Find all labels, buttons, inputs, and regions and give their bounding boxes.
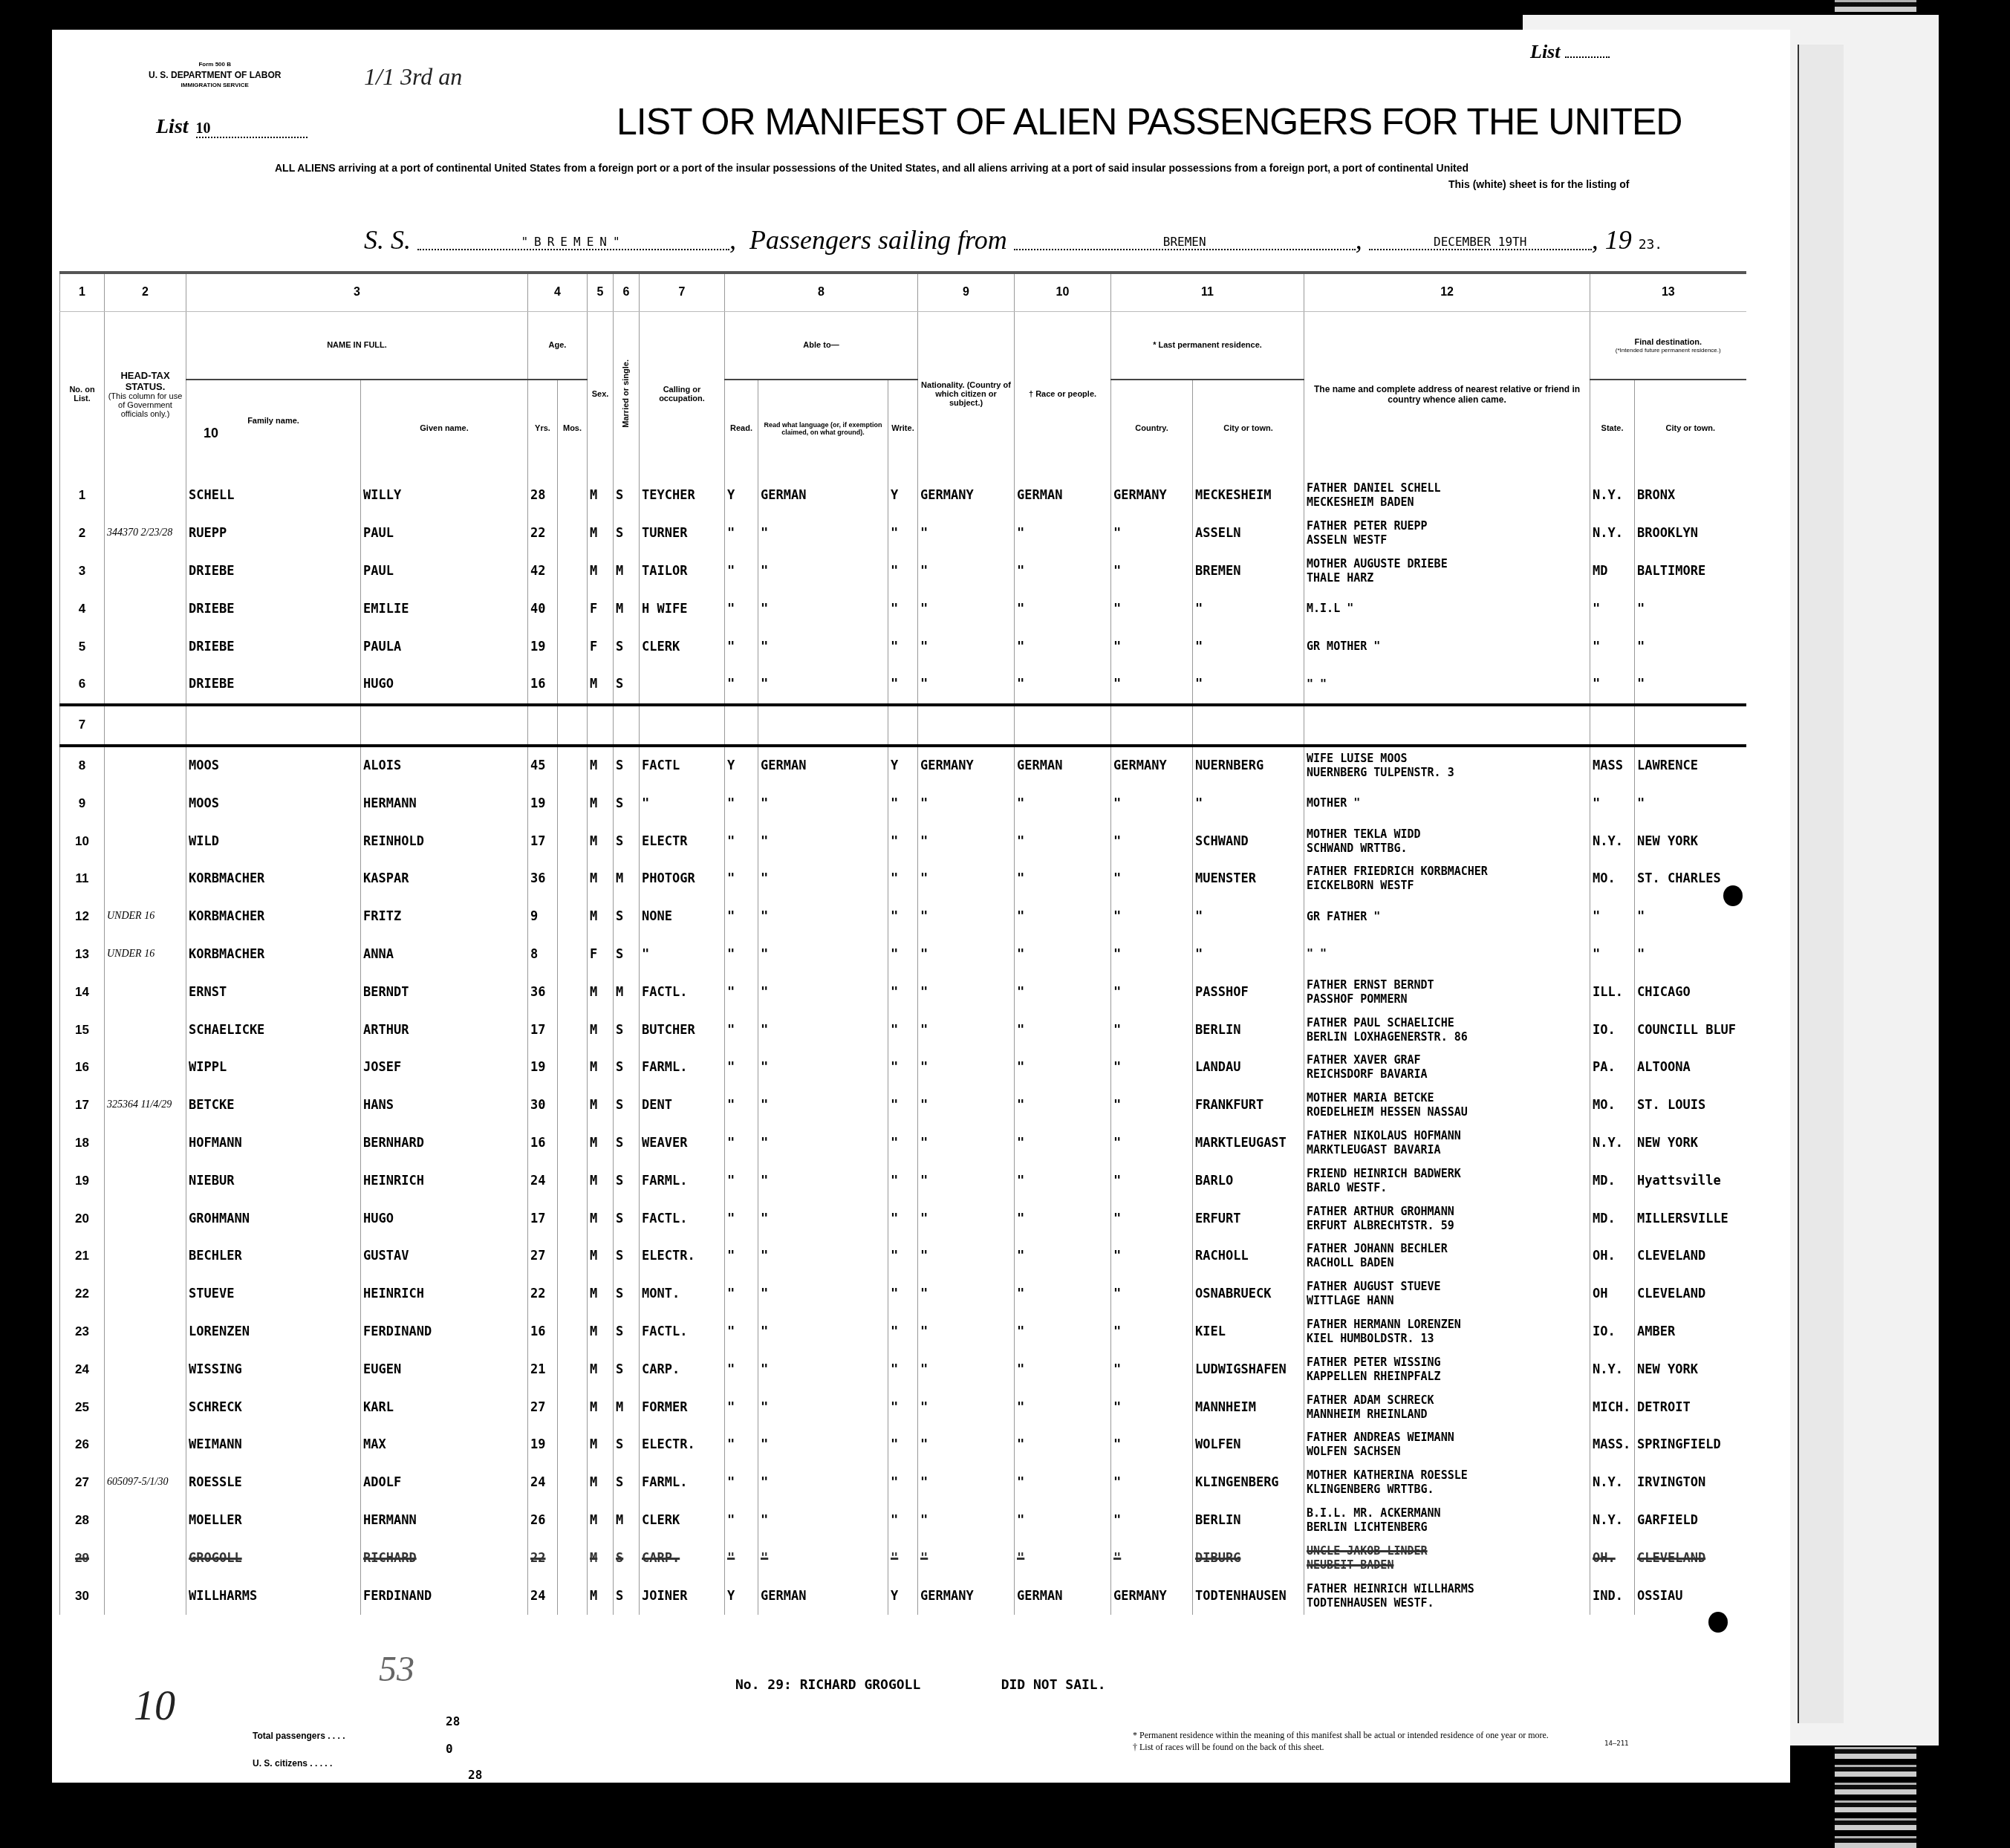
cell-nat: " — [918, 1313, 1015, 1351]
cell-ms: M — [614, 553, 640, 590]
cell-no: 18 — [60, 1125, 105, 1162]
intro-text-2: This (white) sheet is for the listing of — [1448, 178, 1629, 190]
cell-tax — [105, 1388, 186, 1426]
cell-no: 1 — [60, 477, 105, 515]
cell-dest: OSSIAU — [1635, 1577, 1746, 1615]
cell-ms: S — [614, 1313, 640, 1351]
cell-occ: FACTL. — [640, 1313, 725, 1351]
col-num: 11 — [1111, 273, 1304, 312]
cell-state: N.Y. — [1590, 477, 1635, 515]
cell-given: ADOLF — [361, 1464, 528, 1502]
cell-country: " — [1111, 822, 1193, 860]
cell-read: " — [725, 1426, 758, 1464]
cell-relative: FATHER ARTHUR GROHMANN ERFURT ALBRECHTST… — [1304, 1200, 1590, 1237]
cell-nat: " — [918, 1200, 1015, 1237]
cell-lang: GERMAN — [758, 477, 888, 515]
column-group-row: No. on List. HEAD-TAX STATUS.(This colum… — [60, 312, 1746, 380]
cell-write: " — [888, 1275, 918, 1313]
header-calling: Calling or occupation. — [640, 312, 725, 478]
cell-age: 36 — [528, 973, 558, 1011]
cell-sex: M — [588, 1087, 614, 1125]
col-num: 10 — [1015, 273, 1111, 312]
table-row: 10WILDREINHOLD17MSELECTR""""""SCHWANDMOT… — [60, 822, 1746, 860]
cell-write: " — [888, 1049, 918, 1087]
final-destination-note: (*Intended future permanent residence.) — [1593, 347, 1744, 354]
cell-city: KLINGENBERG — [1193, 1464, 1304, 1502]
header-write: Write. — [888, 380, 918, 477]
header-dest-city: City or town. — [1635, 380, 1746, 477]
cell-city: MUENSTER — [1193, 860, 1304, 898]
cell-state: " — [1590, 590, 1635, 628]
cell-nat: " — [918, 973, 1015, 1011]
cell-relative: FATHER AUGUST STUEVE WITTLAGE HANN — [1304, 1275, 1590, 1313]
cell-city: MECKESHEIM — [1193, 477, 1304, 515]
table-row: 12UNDER 16KORBMACHERFRITZ9MSNONE"""""""G… — [60, 898, 1746, 936]
cell-city: ASSELN — [1193, 515, 1304, 553]
cell-state: " — [1590, 898, 1635, 936]
cell-mos — [558, 1087, 588, 1125]
cell-race: " — [1015, 590, 1111, 628]
cell-dest: ALTOONA — [1635, 1049, 1746, 1087]
cell-family: WISSING — [186, 1350, 361, 1388]
cell-family: MOOS — [186, 784, 361, 822]
cell-race: " — [1015, 1275, 1111, 1313]
cell-family: WILLHARMS — [186, 1577, 361, 1615]
cell-lang: " — [758, 822, 888, 860]
cell-age: 22 — [528, 1275, 558, 1313]
cell-ms: S — [614, 477, 640, 515]
cell-age: 42 — [528, 553, 558, 590]
cell-write: " — [888, 860, 918, 898]
did-not-sail-note: No. 29: RICHARD GROGOLL DID NOT SAIL. — [735, 1677, 1106, 1693]
cell-family: NIEBUR — [186, 1162, 361, 1200]
cell-family: ERNST — [186, 973, 361, 1011]
cell-given: HUGO — [361, 666, 528, 705]
cell-city: LUDWIGSHAFEN — [1193, 1350, 1304, 1388]
cell-nat: " — [918, 1125, 1015, 1162]
cell-nat: " — [918, 1011, 1015, 1049]
cell-state: IO. — [1590, 1011, 1635, 1049]
passenger-rows: 1SCHELLWILLY28MSTEYCHERYGERMANYGERMANYGE… — [60, 477, 1746, 1615]
cell-given: HANS — [361, 1087, 528, 1125]
ss-label: S. S. — [364, 225, 411, 255]
cell-tax: 344370 2/23/28 — [105, 515, 186, 553]
cell-tax — [105, 1237, 186, 1275]
cell-read: " — [725, 1388, 758, 1426]
cell-age: 21 — [528, 1350, 558, 1388]
cell-city: BREMEN — [1193, 553, 1304, 590]
cell-nat: " — [918, 1539, 1015, 1577]
header-able-to: Able to— — [725, 312, 918, 380]
intro-text: ALL ALIENS arriving at a port of contine… — [275, 162, 1649, 174]
header-yrs: Yrs. — [528, 380, 558, 477]
cell-family: BECHLER — [186, 1237, 361, 1275]
cell-family: DRIEBE — [186, 553, 361, 590]
cell-read: " — [725, 822, 758, 860]
cell-lang: " — [758, 628, 888, 666]
cell-nat: " — [918, 1237, 1015, 1275]
ship-name: "BREMEN" — [417, 235, 729, 250]
cell-ms: S — [614, 1049, 640, 1087]
cell-sex: M — [588, 1049, 614, 1087]
cell-country: " — [1111, 1237, 1193, 1275]
table-row: 21BECHLERGUSTAV27MSELECTR.""""""RACHOLLF… — [60, 1237, 1746, 1275]
cell-family: KORBMACHER — [186, 936, 361, 974]
cell-nat: " — [918, 628, 1015, 666]
col-num: 8 — [725, 273, 918, 312]
cell-race: " — [1015, 1237, 1111, 1275]
cell-family: MOOS — [186, 746, 361, 785]
cell-dest: LAWRENCE — [1635, 746, 1746, 785]
cell-lang: " — [758, 1464, 888, 1502]
cell-dest: IRVINGTON — [1635, 1464, 1746, 1502]
cell-dest: CHICAGO — [1635, 973, 1746, 1011]
cell-race: " — [1015, 1125, 1111, 1162]
col-num: 13 — [1590, 273, 1746, 312]
header-country: Country. — [1111, 380, 1193, 477]
cell-age: 36 — [528, 860, 558, 898]
cell-relative: FATHER HEINRICH WILLHARMS TODTENHAUSEN W… — [1304, 1577, 1590, 1615]
cell-lang: " — [758, 1125, 888, 1162]
table-row: 3DRIEBEPAUL42MMTAILOR""""""BREMENMOTHER … — [60, 553, 1746, 590]
cell-ms: M — [614, 973, 640, 1011]
cell-family: SCHAELICKE — [186, 1011, 361, 1049]
cell-mos — [558, 973, 588, 1011]
citizens-value: 0 — [446, 1742, 453, 1756]
cell-given: KASPAR — [361, 860, 528, 898]
manifest-table: 1 2 3 4 5 6 7 8 9 10 11 12 13 No. on Lis… — [59, 271, 1746, 1615]
header-mos: Mos. — [558, 380, 588, 477]
cell-sex: M — [588, 1313, 614, 1351]
cell-mos — [558, 553, 588, 590]
cell-age: 19 — [528, 1049, 558, 1087]
cell-relative: MOTHER AUGUSTE DRIEBE THALE HARZ — [1304, 553, 1590, 590]
cell-country: " — [1111, 1464, 1193, 1502]
cell-sex: M — [588, 1426, 614, 1464]
cell-family: SCHRECK — [186, 1388, 361, 1426]
cell-age: 16 — [528, 666, 558, 705]
col-num: 4 — [528, 273, 588, 312]
cell-ms: S — [614, 1125, 640, 1162]
cell-age: 8 — [528, 936, 558, 974]
final-destination-title: Final destination. — [1593, 338, 1744, 347]
cell-lang: " — [758, 1237, 888, 1275]
cell-city: " — [1193, 784, 1304, 822]
cell-tax: 325364 11/4/29 — [105, 1087, 186, 1125]
cell-no: 3 — [60, 553, 105, 590]
page-title: LIST OR MANIFEST OF ALIEN PASSENGERS FOR… — [617, 100, 1682, 143]
cell-occ: FORMER — [640, 1388, 725, 1426]
cell-mos — [558, 705, 588, 746]
cell-race: " — [1015, 1200, 1111, 1237]
cell-relative: FATHER PETER WISSING KAPPELLEN RHEINPFAL… — [1304, 1350, 1590, 1388]
cell-lang: " — [758, 1087, 888, 1125]
cell-race: " — [1015, 898, 1111, 936]
cell-family: ROESSLE — [186, 1464, 361, 1502]
cell-write: " — [888, 1087, 918, 1125]
table-row: 2344370 2/23/28RUEPPPAUL22MSTURNER""""""… — [60, 515, 1746, 553]
cell-country — [1111, 705, 1193, 746]
cell-read: " — [725, 1313, 758, 1351]
cell-sex: M — [588, 1125, 614, 1162]
cell-age: 27 — [528, 1237, 558, 1275]
cell-dest: DETROIT — [1635, 1388, 1746, 1426]
header-last-residence: * Last permanent residence. — [1111, 312, 1304, 380]
cell-occ — [640, 705, 725, 746]
cell-occ: MONT. — [640, 1275, 725, 1313]
header-state: State. — [1590, 380, 1635, 477]
cell-occ: TURNER — [640, 515, 725, 553]
cell-mos — [558, 746, 588, 785]
cell-given: ARTHUR — [361, 1011, 528, 1049]
cell-city — [1193, 705, 1304, 746]
cell-mos — [558, 784, 588, 822]
cell-occ: TAILOR — [640, 553, 725, 590]
department: U. S. DEPARTMENT OF LABOR — [149, 70, 281, 80]
table-row: 9MOOSHERMANN19MS""""""""MOTHER """ — [60, 784, 1746, 822]
note-passenger: No. 29: RICHARD GROGOLL — [735, 1677, 920, 1693]
cell-occ: CLERK — [640, 628, 725, 666]
cell-race: " — [1015, 666, 1111, 705]
cell-country: GERMANY — [1111, 477, 1193, 515]
cell-mos — [558, 628, 588, 666]
table-row: 7 — [60, 705, 1746, 746]
header-head-tax: HEAD-TAX STATUS.(This column for use of … — [105, 312, 186, 478]
table-row: 15SCHAELICKEARTHUR17MSBUTCHER""""""BERLI… — [60, 1011, 1746, 1049]
cell-given: FERDINAND — [361, 1313, 528, 1351]
cell-age: 17 — [528, 1200, 558, 1237]
cell-relative: B.I.L. MR. ACKERMANN BERLIN LICHTENBERG — [1304, 1502, 1590, 1540]
cell-tax — [105, 1049, 186, 1087]
cell-nat: " — [918, 1087, 1015, 1125]
cell-no: 17 — [60, 1087, 105, 1125]
cell-nat: " — [918, 936, 1015, 974]
table-row: 13UNDER 16KORBMACHERANNA8FS""""""""" """ — [60, 936, 1746, 974]
cell-write — [888, 705, 918, 746]
cell-no: 16 — [60, 1049, 105, 1087]
cell-ms: S — [614, 515, 640, 553]
cell-city: LANDAU — [1193, 1049, 1304, 1087]
cell-mos — [558, 1162, 588, 1200]
cell-state: N.Y. — [1590, 1350, 1635, 1388]
cell-lang: " — [758, 860, 888, 898]
cell-country: " — [1111, 1350, 1193, 1388]
cell-tax — [105, 705, 186, 746]
cell-dest: ST. LOUIS — [1635, 1087, 1746, 1125]
cell-dest: COUNCILL BLUF — [1635, 1011, 1746, 1049]
cell-given: KARL — [361, 1388, 528, 1426]
cell-age: 24 — [528, 1577, 558, 1615]
cell-age — [528, 705, 558, 746]
cell-relative: " " — [1304, 936, 1590, 974]
cell-tax: 605097-5/1/30 — [105, 1464, 186, 1502]
cell-sex — [588, 705, 614, 746]
cell-mos — [558, 1388, 588, 1426]
cell-write: " — [888, 1011, 918, 1049]
cell-country: " — [1111, 973, 1193, 1011]
cell-no: 5 — [60, 628, 105, 666]
cell-nat: " — [918, 515, 1015, 553]
cell-city: ERFURT — [1193, 1200, 1304, 1237]
cell-age: 28 — [528, 477, 558, 515]
cell-occ: FARML. — [640, 1464, 725, 1502]
cell-lang: " — [758, 1200, 888, 1237]
cell-write: " — [888, 1464, 918, 1502]
cell-read: Y — [725, 1577, 758, 1615]
cell-age: 19 — [528, 628, 558, 666]
cell-state: N.Y. — [1590, 1502, 1635, 1540]
cell-given: BERNHARD — [361, 1125, 528, 1162]
cell-occ: " — [640, 936, 725, 974]
col-num: 7 — [640, 273, 725, 312]
cell-mos — [558, 477, 588, 515]
cell-race: " — [1015, 860, 1111, 898]
cell-lang: " — [758, 590, 888, 628]
cell-age: 40 — [528, 590, 558, 628]
cell-read: " — [725, 628, 758, 666]
cell-occ: ELECTR. — [640, 1237, 725, 1275]
cell-age: 17 — [528, 822, 558, 860]
cell-occ — [640, 666, 725, 705]
cell-country: " — [1111, 936, 1193, 974]
cell-family: RUEPP — [186, 515, 361, 553]
cell-sex: M — [588, 553, 614, 590]
cell-country: " — [1111, 1539, 1193, 1577]
cell-state: OH — [1590, 1275, 1635, 1313]
cell-family: WEIMANN — [186, 1426, 361, 1464]
cell-sex: M — [588, 898, 614, 936]
cell-tax: UNDER 16 — [105, 898, 186, 936]
cell-given: HUGO — [361, 1200, 528, 1237]
underlying-sheet-edge — [1798, 45, 1844, 1723]
cell-city: BERLIN — [1193, 1011, 1304, 1049]
cell-mos — [558, 1125, 588, 1162]
cell-city: KIEL — [1193, 1313, 1304, 1351]
head-tax-title: HEAD-TAX STATUS. — [107, 370, 183, 392]
cell-mos — [558, 1237, 588, 1275]
cell-city: " — [1193, 590, 1304, 628]
cell-ms: S — [614, 1275, 640, 1313]
form-code: 14—211 — [1604, 1740, 1629, 1748]
cell-race: " — [1015, 1087, 1111, 1125]
cell-city: " — [1193, 628, 1304, 666]
cell-write: " — [888, 1388, 918, 1426]
cell-tax — [105, 1313, 186, 1351]
cell-no: 23 — [60, 1313, 105, 1351]
cell-race: GERMAN — [1015, 1577, 1111, 1615]
cell-city: MANNHEIM — [1193, 1388, 1304, 1426]
cell-state: MO. — [1590, 860, 1635, 898]
cell-tax — [105, 860, 186, 898]
cell-given: PAULA — [361, 628, 528, 666]
cell-dest: CLEVELAND — [1635, 1539, 1746, 1577]
header-name-in-full: NAME IN FULL. — [186, 312, 528, 380]
cell-write: Y — [888, 746, 918, 785]
cell-sex: M — [588, 822, 614, 860]
cell-nat: " — [918, 1502, 1015, 1540]
cell-no: 11 — [60, 860, 105, 898]
cell-sex: M — [588, 860, 614, 898]
cell-country: " — [1111, 860, 1193, 898]
cell-country: " — [1111, 1011, 1193, 1049]
port-of-departure: BREMEN — [1014, 235, 1356, 250]
cell-read: Y — [725, 477, 758, 515]
cell-race — [1015, 705, 1111, 746]
cell-mos — [558, 936, 588, 974]
cell-city: FRANKFURT — [1193, 1087, 1304, 1125]
cell-tax — [105, 1162, 186, 1200]
cell-given: REINHOLD — [361, 822, 528, 860]
table-row: 23LORENZENFERDINAND16MSFACTL.""""""KIELF… — [60, 1313, 1746, 1351]
cell-ms: S — [614, 666, 640, 705]
cell-nat: " — [918, 822, 1015, 860]
cell-city: " — [1193, 898, 1304, 936]
cell-lang: " — [758, 1275, 888, 1313]
cell-no: 29 — [60, 1539, 105, 1577]
cell-dest: SPRINGFIELD — [1635, 1426, 1746, 1464]
cell-relative: FATHER ERNST BERNDT PASSHOF POMMERN — [1304, 973, 1590, 1011]
header-nationality: Nationality. (Country of which citizen o… — [918, 312, 1015, 478]
cell-mos — [558, 822, 588, 860]
cell-lang: " — [758, 1049, 888, 1087]
cell-mos — [558, 1275, 588, 1313]
cell-no: 6 — [60, 666, 105, 705]
header-given-name: Given name. — [361, 380, 528, 477]
header-race: † Race or people. — [1015, 312, 1111, 478]
cell-ms: S — [614, 1539, 640, 1577]
cell-no: 22 — [60, 1275, 105, 1313]
cell-race: " — [1015, 628, 1111, 666]
cell-state: " — [1590, 666, 1635, 705]
table-row: 28MOELLERHERMANN26MMCLERK""""""BERLINB.I… — [60, 1502, 1746, 1540]
cell-given: BERNDT — [361, 973, 528, 1011]
cell-no: 14 — [60, 973, 105, 1011]
cell-relative: UNCLE JAKOB LINDER NEUBEIT BADEN — [1304, 1539, 1590, 1577]
cell-occ: CARP. — [640, 1539, 725, 1577]
cell-relative: FATHER HERMANN LORENZEN KIEL HUMBOLDSTR.… — [1304, 1313, 1590, 1351]
cell-relative: FATHER DANIEL SCHELL MECKESHEIM BADEN — [1304, 477, 1590, 515]
cell-tax: UNDER 16 — [105, 936, 186, 974]
cell-race: " — [1015, 1049, 1111, 1087]
cell-race: " — [1015, 1011, 1111, 1049]
cell-ms: M — [614, 860, 640, 898]
cell-sex: M — [588, 1577, 614, 1615]
cell-relative: FATHER FRIEDRICH KORBMACHER EICKELBORN W… — [1304, 860, 1590, 898]
cell-ms: S — [614, 936, 640, 974]
cell-read: " — [725, 1237, 758, 1275]
cell-race: " — [1015, 784, 1111, 822]
cell-city: RACHOLL — [1193, 1237, 1304, 1275]
cell-lang: " — [758, 936, 888, 974]
cell-no: 24 — [60, 1350, 105, 1388]
cell-country: " — [1111, 1162, 1193, 1200]
cell-relative: WIFE LUISE MOOS NUERNBERG TULPENSTR. 3 — [1304, 746, 1590, 785]
cell-mos — [558, 1577, 588, 1615]
ship-line: S. S. "BREMEN", Passengers sailing from … — [364, 224, 1662, 256]
cell-country: " — [1111, 1426, 1193, 1464]
cell-country: " — [1111, 1502, 1193, 1540]
cell-given: FRITZ — [361, 898, 528, 936]
header-sex: Sex. — [588, 312, 614, 478]
table-row: 30WILLHARMSFERDINAND24MSJOINERYGERMANYGE… — [60, 1577, 1746, 1615]
cell-tax — [105, 784, 186, 822]
cell-sex: M — [588, 1200, 614, 1237]
cell-given: WILLY — [361, 477, 528, 515]
cell-country: " — [1111, 1087, 1193, 1125]
cell-country: " — [1111, 553, 1193, 590]
aliens-value: 28 — [468, 1768, 482, 1782]
cell-sex: M — [588, 784, 614, 822]
